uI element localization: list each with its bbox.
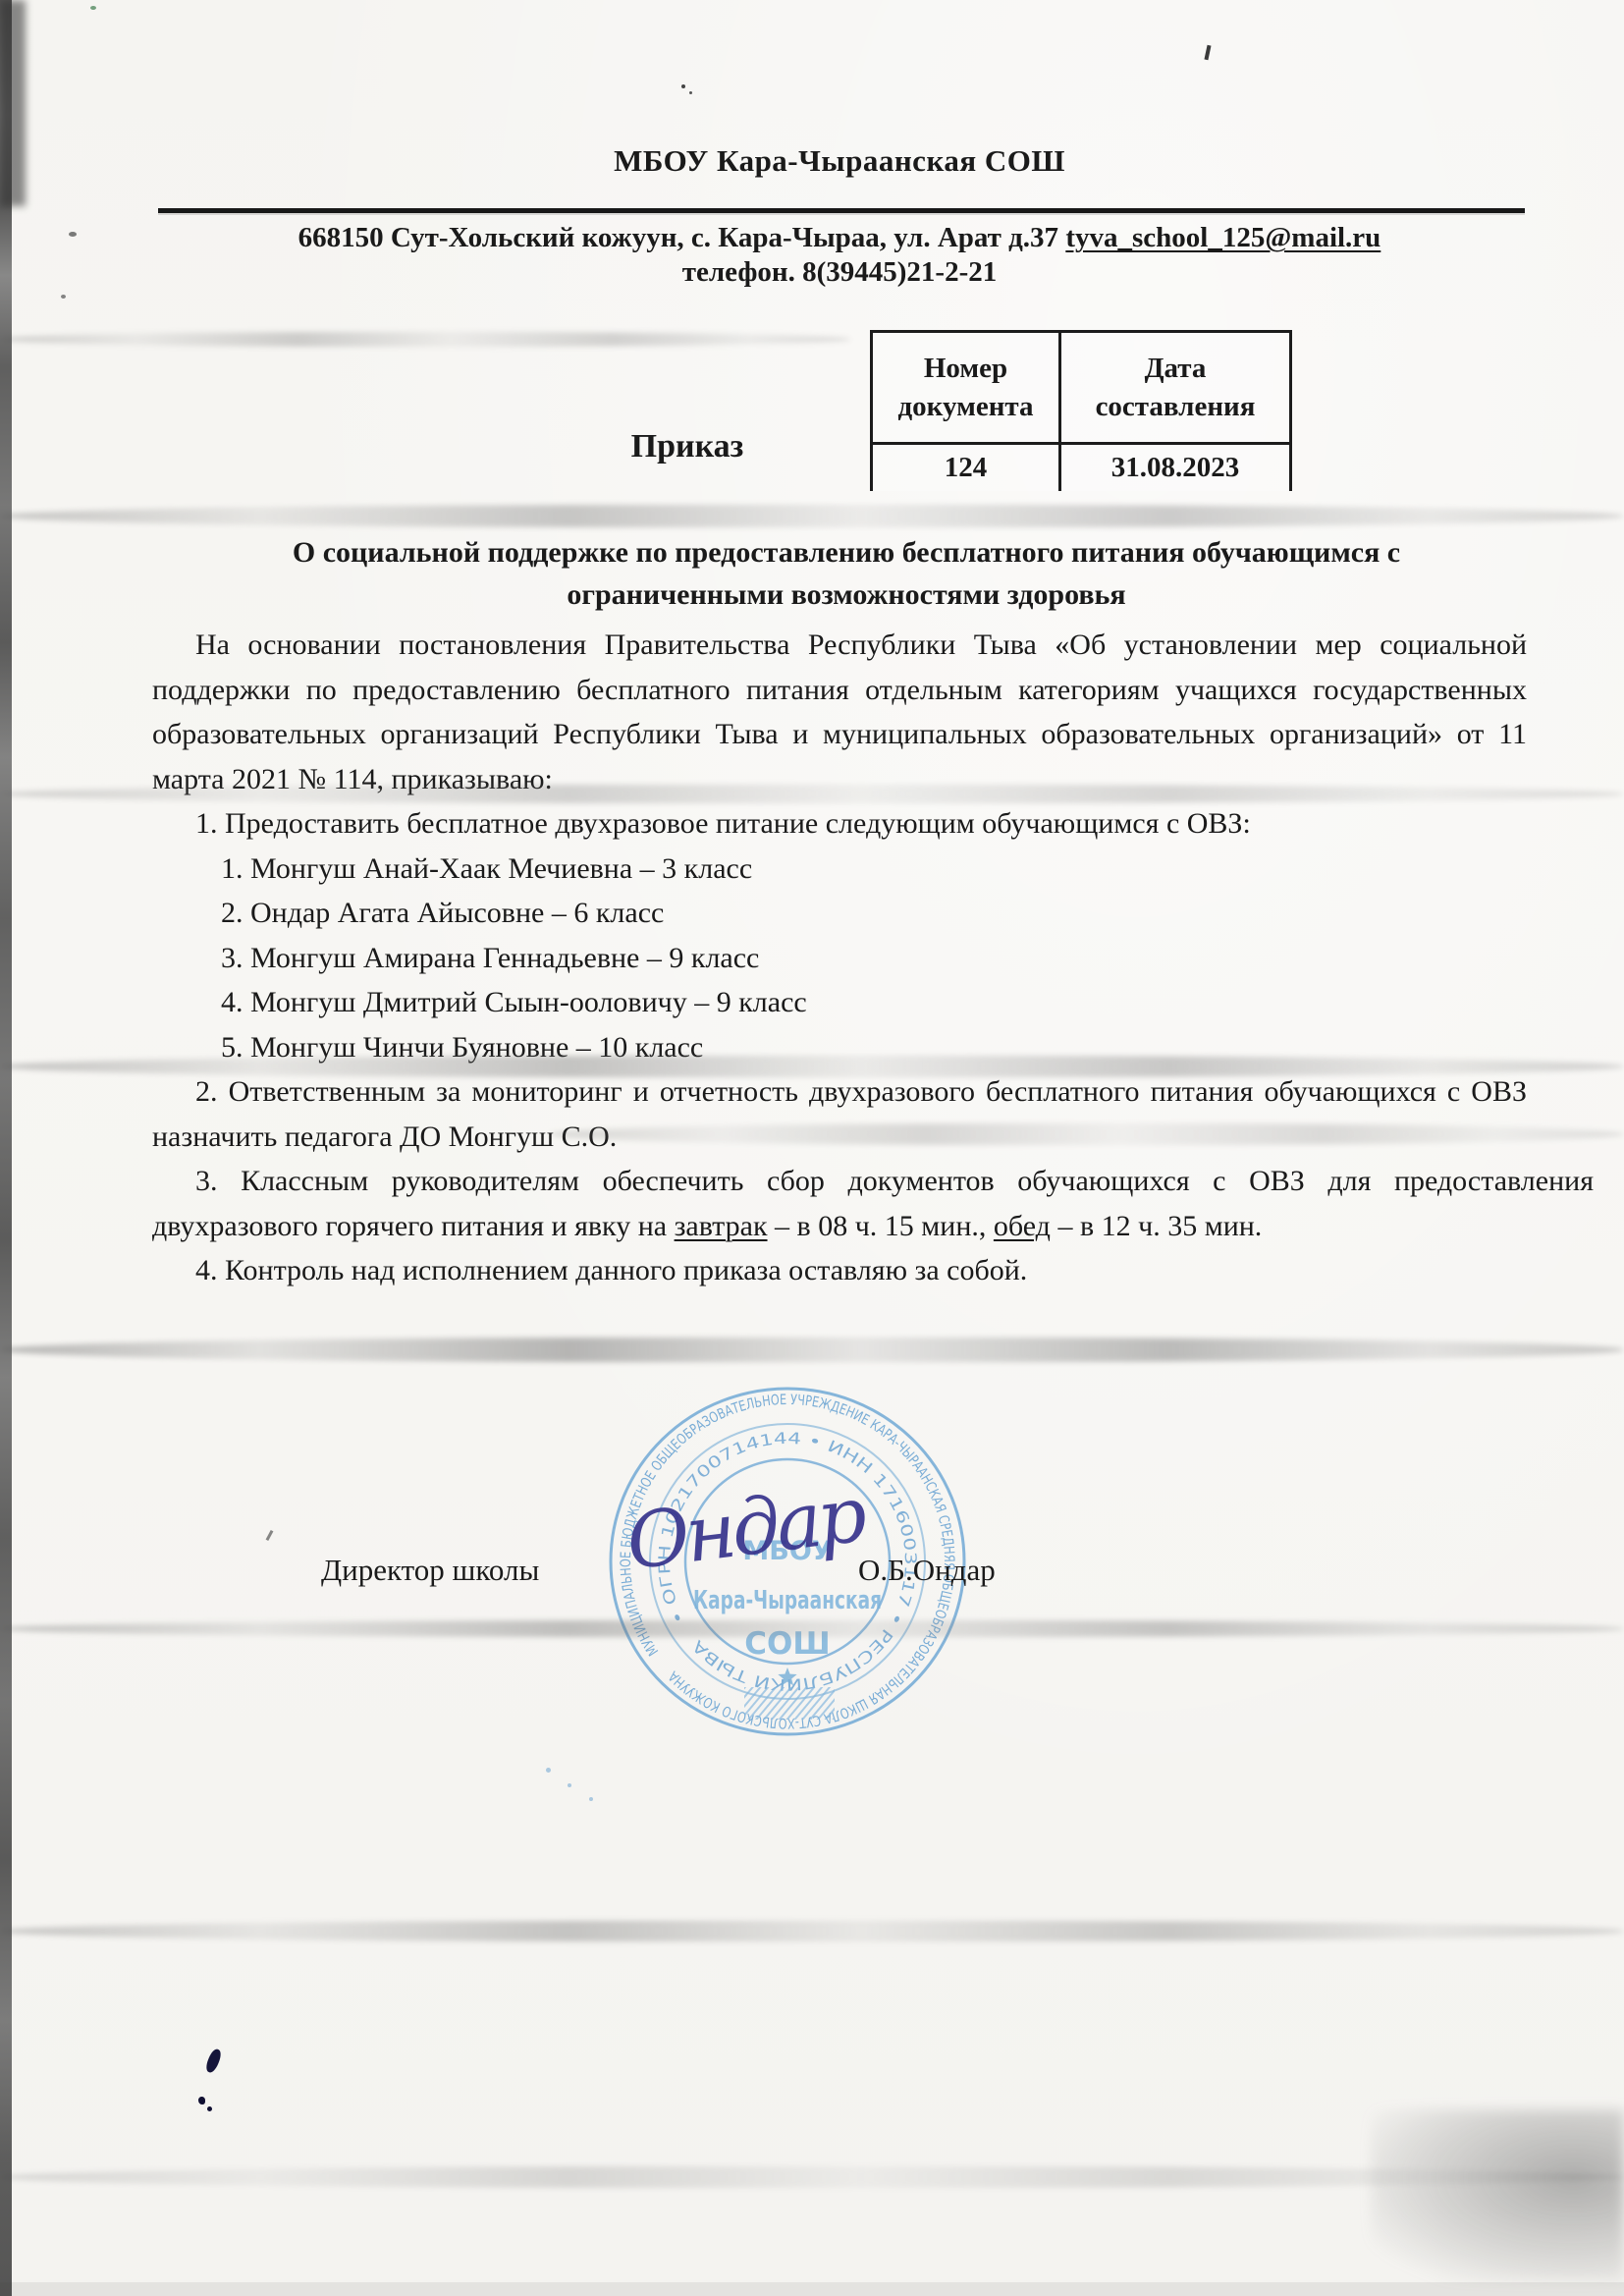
scan-edge-strip <box>0 0 12 2296</box>
scan-bottom-edge <box>0 2282 1624 2296</box>
scan-speck <box>90 6 96 10</box>
order-requisites-table: Номер документа Дата составления 124 31.… <box>870 330 1292 491</box>
student-item: 1. Монгуш Анай-Хаак Мечиевна – 3 класс <box>221 847 1527 892</box>
order-body: На основании постановления Правительства… <box>152 623 1527 1293</box>
underlined-text-segment: обед <box>994 1210 1051 1242</box>
student-item: 2. Ондар Агата Айысовне – 6 класс <box>221 891 1527 936</box>
scan-speck <box>681 84 685 88</box>
doc-number-value: 124 <box>873 445 1061 491</box>
order-item-2: 2. Ответственным за мониторинг и отчетно… <box>152 1069 1527 1159</box>
text-segment: – в 08 ч. 15 мин., <box>768 1210 994 1242</box>
table-header-date: Дата составления <box>1061 333 1289 442</box>
subject-heading: О социальной поддержке по предоставлению… <box>282 531 1411 616</box>
scan-artifact-band <box>0 505 1624 527</box>
scan-artifact-band <box>0 1620 1624 1637</box>
scan-speck <box>689 91 692 94</box>
scan-tick-mark <box>1204 45 1211 61</box>
order-item-4: 4. Контроль над исполнением данного прик… <box>152 1248 1527 1293</box>
stamp-hatch-box <box>744 1687 835 1720</box>
document-header: МБОУ Кара-Чыраанская СОШ 668150 Сут-Холь… <box>152 143 1527 289</box>
scan-artifact-band <box>550 1123 1624 1145</box>
phone-line: телефон. 8(39445)21-2-21 <box>152 256 1527 289</box>
underlined-text-segment: завтрак <box>675 1210 768 1242</box>
text-segment: 668150 Сут-Хольский кожуун, с. Кара-Чыра… <box>298 222 1066 253</box>
school-name: МБОУ Кара-Чыраанская СОШ <box>152 143 1527 179</box>
stamp-ink-speck <box>568 1783 571 1787</box>
order-label: Приказ <box>589 428 785 465</box>
table-header-row: Номер документа Дата составления <box>873 333 1289 445</box>
ink-mark <box>198 2097 205 2105</box>
order-item-1: 1. Предоставить бесплатное двухразовое п… <box>152 801 1527 847</box>
scan-artifact-band <box>0 332 850 347</box>
scan-speck <box>61 295 66 299</box>
stamp-ink-speck <box>589 1797 593 1801</box>
scan-artifact-patch <box>1371 2109 1624 2281</box>
header-rule <box>158 208 1525 213</box>
stamp-center-text: Кара-Чыраанская <box>693 1586 882 1615</box>
doc-date-value: 31.08.2023 <box>1061 445 1289 491</box>
student-item: 4. Монгуш Дмитрий Сыын-ооловичу – 9 клас… <box>221 980 1527 1025</box>
underlined-text-segment: tyva_school_125@mail.ru <box>1065 222 1380 253</box>
order-item-3: 3. Классным руководителям обеспечить сбо… <box>152 1159 1594 1248</box>
scan-tick-mark <box>266 1530 274 1541</box>
table-header-number: Номер документа <box>873 333 1061 442</box>
ink-mark <box>204 2048 224 2074</box>
student-list: 1. Монгуш Анай-Хаак Мечиевна – 3 класс 2… <box>152 847 1527 1070</box>
signature-name: О.Б.Ондар <box>858 1553 996 1588</box>
ink-mark <box>207 2106 212 2111</box>
scan-artifact-band <box>0 785 1624 803</box>
intro-paragraph: На основании постановления Правительства… <box>152 623 1527 801</box>
student-item: 3. Монгуш Амирана Геннадьевне – 9 класс <box>221 936 1527 981</box>
signature-role: Директор школы <box>321 1553 539 1588</box>
scan-artifact-band <box>0 1921 1624 1941</box>
scanned-order-document: МБОУ Кара-Чыраанская СОШ 668150 Сут-Холь… <box>0 0 1624 2296</box>
scan-corner-shadow <box>0 0 26 206</box>
text-segment: – в 12 ч. 35 мин. <box>1051 1210 1262 1242</box>
scan-artifact-band <box>0 1056 1624 1077</box>
scan-speck <box>69 232 77 237</box>
stamp-ink-speck <box>546 1768 551 1773</box>
table-value-row: 124 31.08.2023 <box>873 445 1289 491</box>
address-line: 668150 Сут-Хольский кожуун, с. Кара-Чыра… <box>152 222 1527 254</box>
scan-artifact-band <box>0 1338 1624 1362</box>
